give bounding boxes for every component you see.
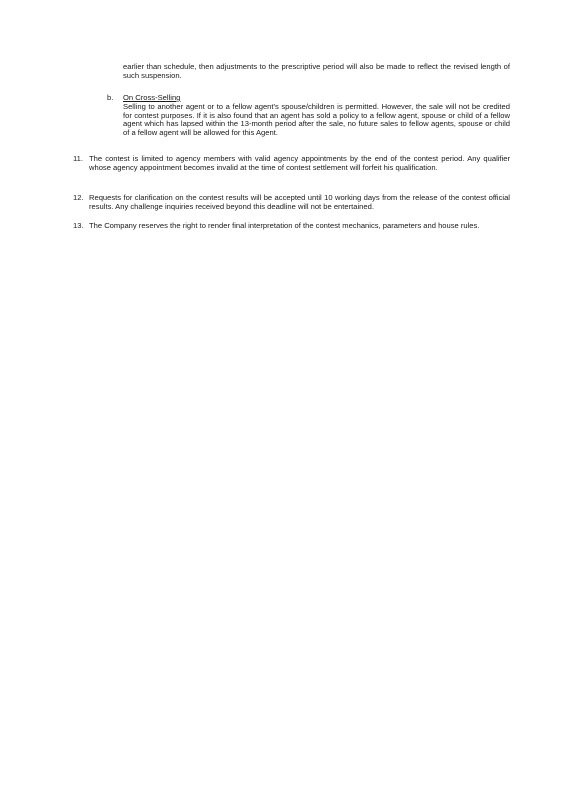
item-12-text: Requests for clarification on the contes…: [89, 194, 510, 211]
item-11-text: The contest is limited to agency members…: [89, 155, 510, 172]
section-b-body: Selling to another agent or to a fellow …: [123, 103, 510, 137]
item-12-number: 12.: [73, 194, 84, 203]
item-13-number: 13.: [73, 222, 84, 231]
document-page: earlier than schedule, then adjustments …: [0, 0, 565, 798]
item-13-text: The Company reserves the right to render…: [89, 222, 510, 231]
continuation-paragraph: earlier than schedule, then adjustments …: [123, 63, 510, 80]
section-b-label: b.: [107, 94, 113, 103]
item-11-number: 11.: [73, 155, 83, 164]
